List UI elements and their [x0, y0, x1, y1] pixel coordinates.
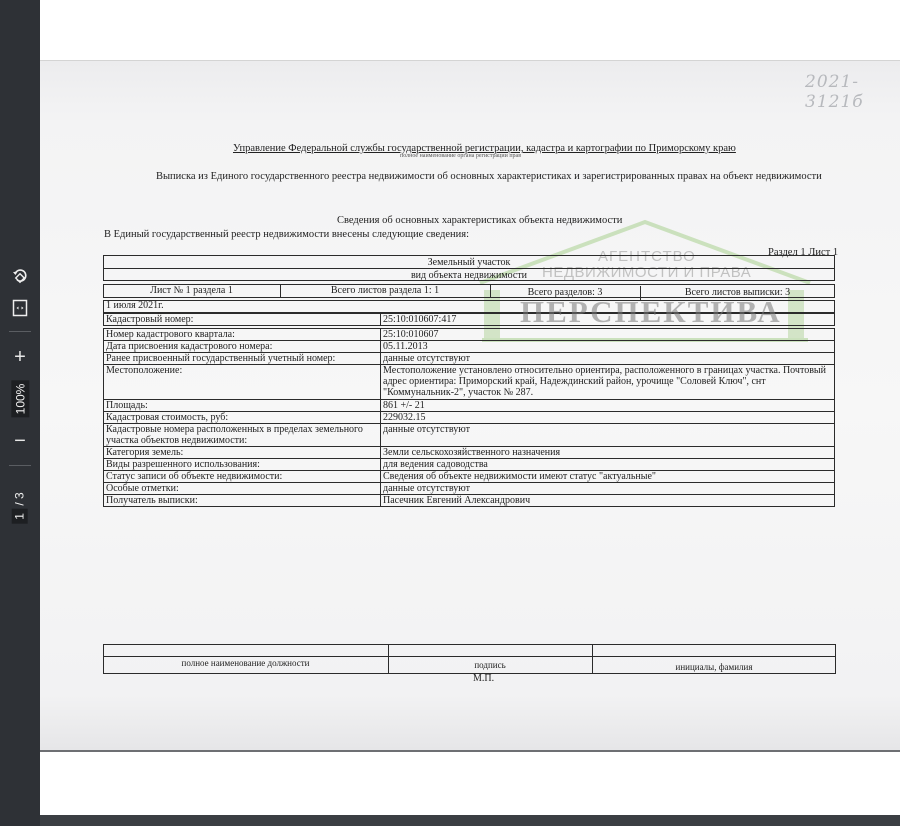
current-page-input[interactable]: 1	[12, 509, 28, 524]
section-title: Сведения об основных характеристиках объ…	[337, 215, 622, 226]
extract-date: 1 июля 2021г.	[103, 300, 835, 311]
row-value: данные отсутствуют	[380, 483, 835, 494]
signature-caption: подпись	[388, 660, 592, 671]
row-value: 861 +/- 21	[380, 400, 835, 411]
row-label: Категория земель:	[103, 447, 380, 458]
row-label: Виды разрешенного использования:	[103, 459, 380, 470]
sections-total: Всего разделов: 3	[490, 287, 640, 298]
rotate-button[interactable]	[0, 264, 40, 288]
row-label: Получатель выписки:	[103, 495, 380, 506]
row-value: для ведения садоводства	[380, 459, 835, 470]
row-label: Особые отметки:	[103, 483, 380, 494]
row-value: 25:10:010607	[380, 329, 835, 340]
row-value: Местоположение установлено относительно …	[380, 365, 835, 398]
sheet-number: Лист № 1 раздела 1	[103, 285, 280, 296]
object-type: Земельный участок	[103, 257, 835, 268]
intro-text: В Единый государственный реестр недвижим…	[104, 229, 469, 240]
row-label: Кадастровый номер:	[103, 314, 380, 325]
stamp-mark: М.П.	[473, 673, 494, 684]
row-value: 05.11.2013	[380, 341, 835, 352]
name-caption: инициалы, фамилия	[592, 662, 836, 673]
zoom-in-button[interactable]: +	[0, 346, 40, 368]
row-value: Сведения об объекте недвижимости имеют с…	[380, 471, 835, 482]
fit-page-icon	[12, 299, 28, 317]
row-value: 25:10:010607:417	[380, 314, 835, 325]
row-value: данные отсутствуют	[380, 353, 835, 364]
extract-title: Выписка из Единого государственного реес…	[156, 171, 822, 182]
zoom-out-button[interactable]: −	[0, 430, 40, 452]
row-label: Дата присвоения кадастрового номера:	[103, 341, 380, 352]
row-label: Площадь:	[103, 400, 380, 411]
row-label: Номер кадастрового квартала:	[103, 329, 380, 340]
section-sheets-total: Всего листов раздела 1: 1	[280, 285, 490, 296]
zoom-level-text: 100%	[11, 381, 29, 418]
row-value: 229032.15	[380, 412, 835, 423]
toolbar-separator	[9, 331, 31, 332]
position-caption: полное наименование должности	[103, 658, 388, 669]
total-pages: 3	[13, 492, 27, 499]
row-label: Местоположение:	[103, 365, 380, 376]
fit-page-button[interactable]	[0, 296, 40, 320]
viewer-toolbar: + 100% − 1 / 3	[0, 0, 40, 826]
row-value: Земли сельскохозяйственного назначения	[380, 447, 835, 458]
page-indicator[interactable]: 1 / 3	[0, 482, 40, 534]
row-label: Статус записи об объекте недвижимости:	[103, 471, 380, 482]
extract-sheets-total: Всего листов выписки: 3	[640, 287, 835, 298]
handwritten-note: 2021-3121б	[805, 72, 900, 112]
row-value: данные отсутствуют	[380, 424, 835, 435]
viewer-bottom-bar	[40, 815, 900, 826]
zoom-level[interactable]: 100%	[0, 375, 40, 423]
toolbar-separator	[9, 465, 31, 466]
row-label: Кадастровые номера расположенных в преде…	[103, 424, 380, 446]
rotate-icon	[11, 267, 29, 285]
authority-caption: полное наименование органа регистрации п…	[400, 153, 521, 159]
row-value: Пасечник Евгений Александрович	[380, 495, 835, 506]
row-label: Ранее присвоенный государственный учетны…	[103, 353, 380, 364]
row-label: Кадастровая стоимость, руб:	[103, 412, 380, 423]
object-type-caption: вид объекта недвижимости	[103, 270, 835, 281]
